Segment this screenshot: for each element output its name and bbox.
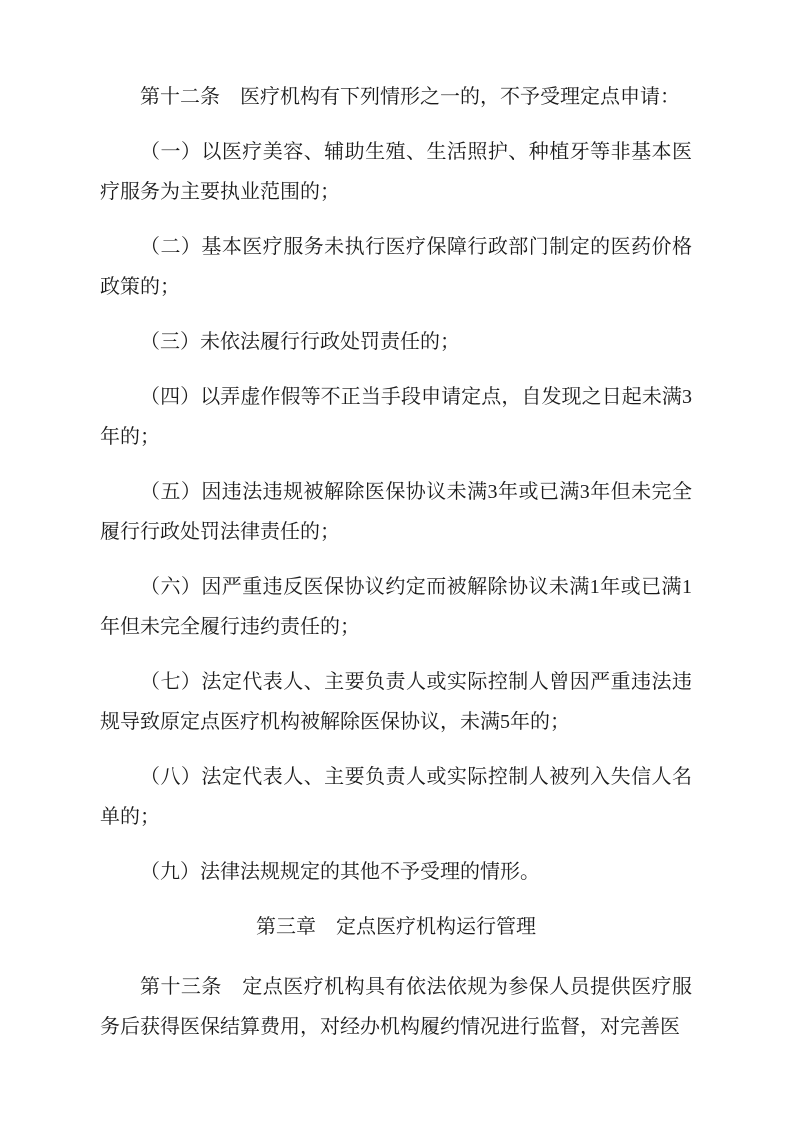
clause-8-paragraph: （八）法定代表人、主要负责人或实际控制人被列入失信人名单的； [100, 757, 692, 837]
clause-6-paragraph: （六）因严重违反医保协议约定而被解除协议未满1年或已满1年但未完全履行违约责任的… [100, 567, 692, 647]
article-12-paragraph: 第十二条 医疗机构有下列情形之一的，不予受理定点申请： [100, 77, 692, 117]
clause-7-paragraph: （七）法定代表人、主要负责人或实际控制人曾因严重违法违规导致原定点医疗机构被解除… [100, 662, 692, 742]
clause-4-paragraph: （四）以弄虚作假等不正当手段申请定点，自发现之日起未满3年的； [100, 377, 692, 457]
clause-9-paragraph: （九）法律法规规定的其他不予受理的情形。 [100, 852, 692, 892]
clause-3-paragraph: （三）未依法履行行政处罚责任的； [100, 322, 692, 362]
chapter-3-heading: 第三章 定点医疗机构运行管理 [100, 907, 692, 947]
document-page: 第十二条 医疗机构有下列情形之一的，不予受理定点申请： （一）以医疗美容、辅助生… [0, 0, 793, 1122]
clause-2-paragraph: （二）基本医疗服务未执行医疗保障行政部门制定的医药价格政策的； [100, 227, 692, 307]
clause-5-paragraph: （五）因违法违规被解除医保协议未满3年或已满3年但未完全履行行政处罚法律责任的； [100, 472, 692, 552]
clause-1-paragraph: （一）以医疗美容、辅助生殖、生活照护、种植牙等非基本医疗服务为主要执业范围的； [100, 132, 692, 212]
article-13-paragraph: 第十三条 定点医疗机构具有依法依规为参保人员提供医疗服务后获得医保结算费用，对经… [100, 967, 692, 1047]
